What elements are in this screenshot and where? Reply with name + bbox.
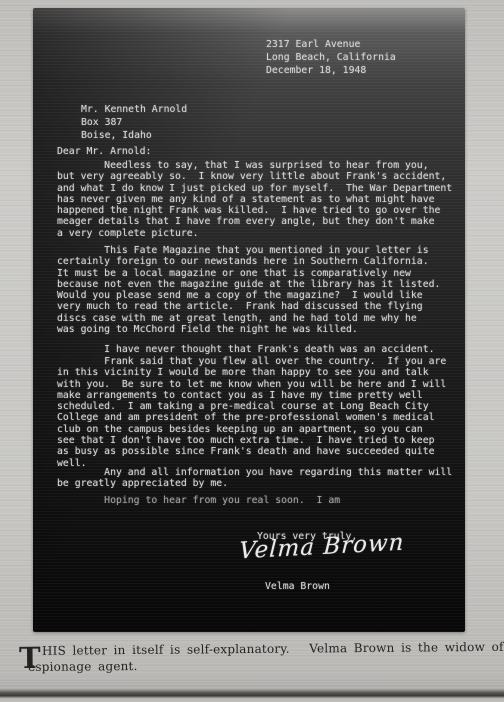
printed-caption: T HIS letter in itself is self-explanato… xyxy=(12,641,492,674)
letter-paragraph-2: This Fate Magazine that you mentioned in… xyxy=(57,245,440,335)
caption-drop-cap: T xyxy=(19,646,41,671)
letter-paragraph-1: Needless to say, that I was surprised to… xyxy=(57,160,452,239)
letter-photograph: 2317 Earl Avenue Long Beach, California … xyxy=(33,8,465,632)
caption-line-2: espionage agent. xyxy=(12,657,492,674)
letter-paragraph-5: Any and all information you have regardi… xyxy=(57,467,452,490)
sender-address: 2317 Earl Avenue Long Beach, California … xyxy=(266,38,396,77)
recipient-address: Mr. Kenneth Arnold Box 387 Boise, Idaho xyxy=(81,103,187,142)
letter-paragraph-4: Frank said that you flew all over the co… xyxy=(57,356,446,469)
handwritten-signature: Velma Brown xyxy=(239,537,405,559)
typed-signature: Velma Brown xyxy=(265,580,330,593)
book-page: 2317 Earl Avenue Long Beach, California … xyxy=(0,0,504,702)
page-bottom-edge xyxy=(0,689,504,702)
letter-paragraph-3: I have never thought that Frank's death … xyxy=(57,344,435,355)
letter-paragraph-6: Hoping to hear from you real soon. I am xyxy=(57,495,340,506)
caption-line-1: HIS letter in itself is self-explanatory… xyxy=(12,641,492,658)
salutation: Dear Mr. Arnold: xyxy=(57,145,151,158)
